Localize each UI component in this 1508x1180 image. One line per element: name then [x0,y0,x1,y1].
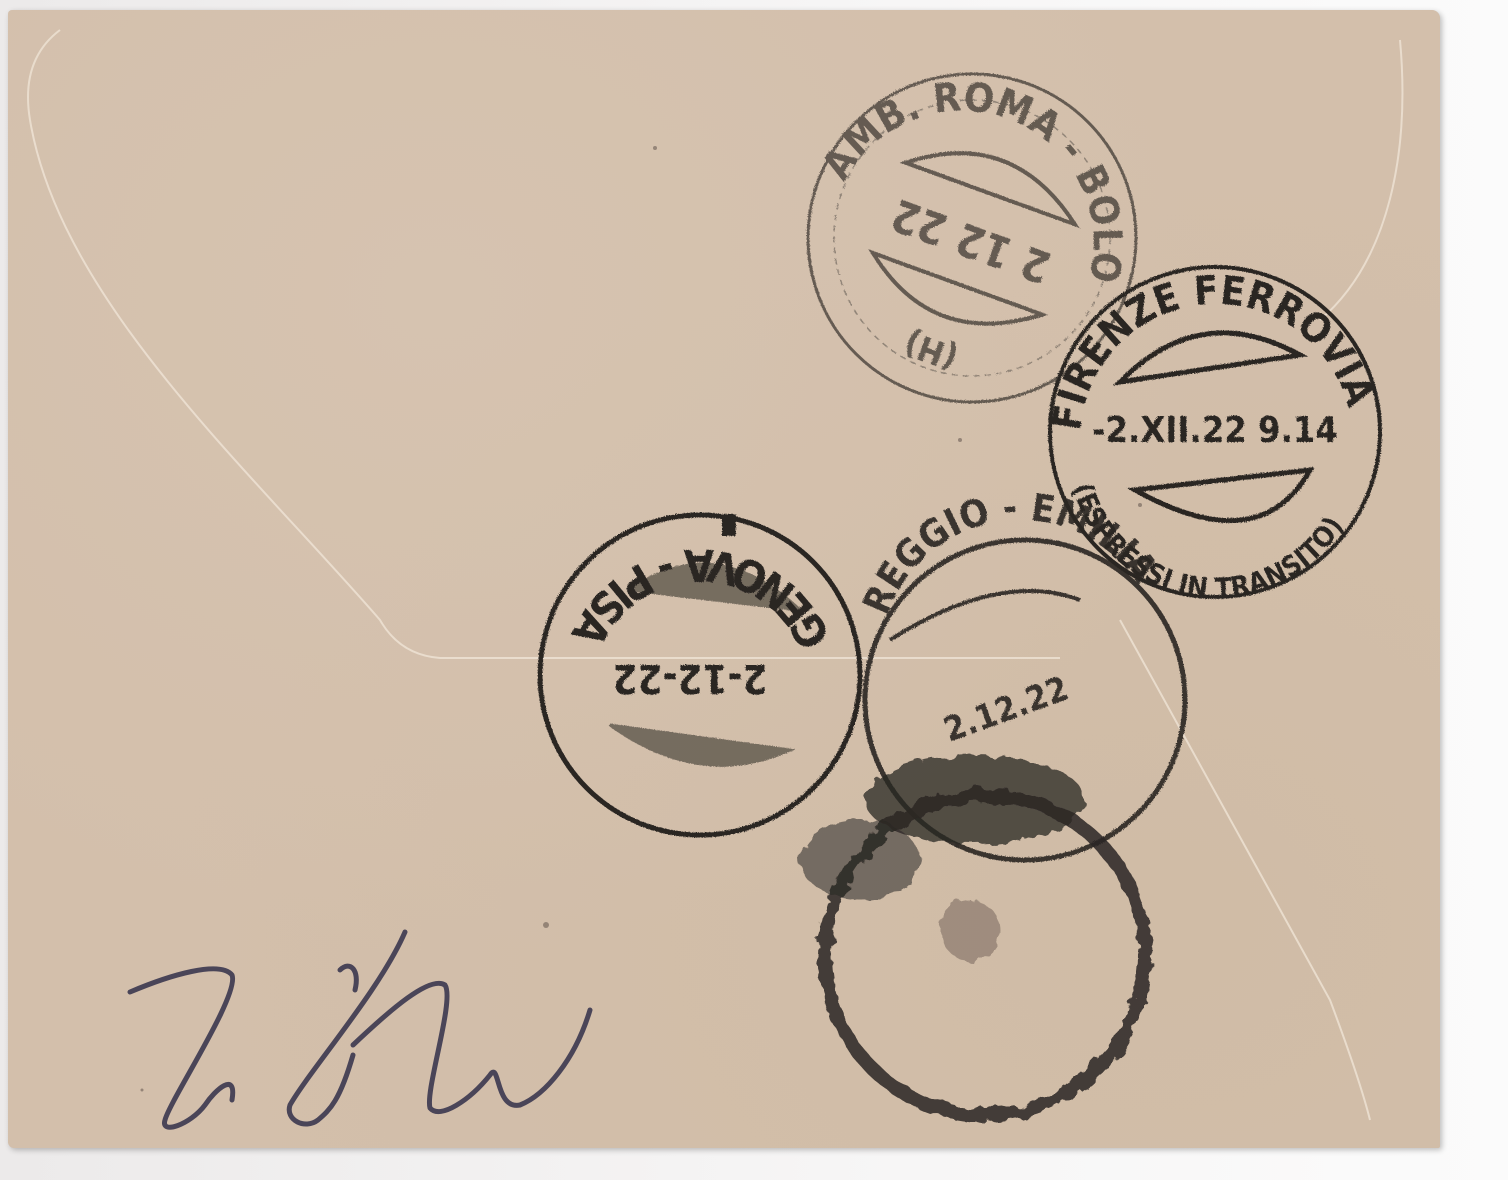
svg-text:FIRENZE FERROVIA: FIRENZE FERROVIA [1044,268,1383,433]
envelope-artwork: AMB. ROMA - BOLOGNA 2 12 22 (H) FIRENZE … [0,0,1508,1180]
svg-text:(H): (H) [899,322,963,378]
postmark-genova-pisa: GENOVA - PISA 2-12-22 [540,514,860,835]
svg-text:2.12.22: 2.12.22 [938,669,1074,751]
postmark-smudged [800,755,1145,1115]
svg-text:REGGIO - EMILIA: REGGIO - EMILIA [854,485,1167,620]
svg-text:2-12-22: 2-12-22 [612,655,767,701]
svg-text:2 12 22: 2 12 22 [885,188,1058,292]
svg-text:-2.XII.22 9.14: -2.XII.22 9.14 [1092,410,1338,451]
handwritten-signature [130,932,590,1127]
